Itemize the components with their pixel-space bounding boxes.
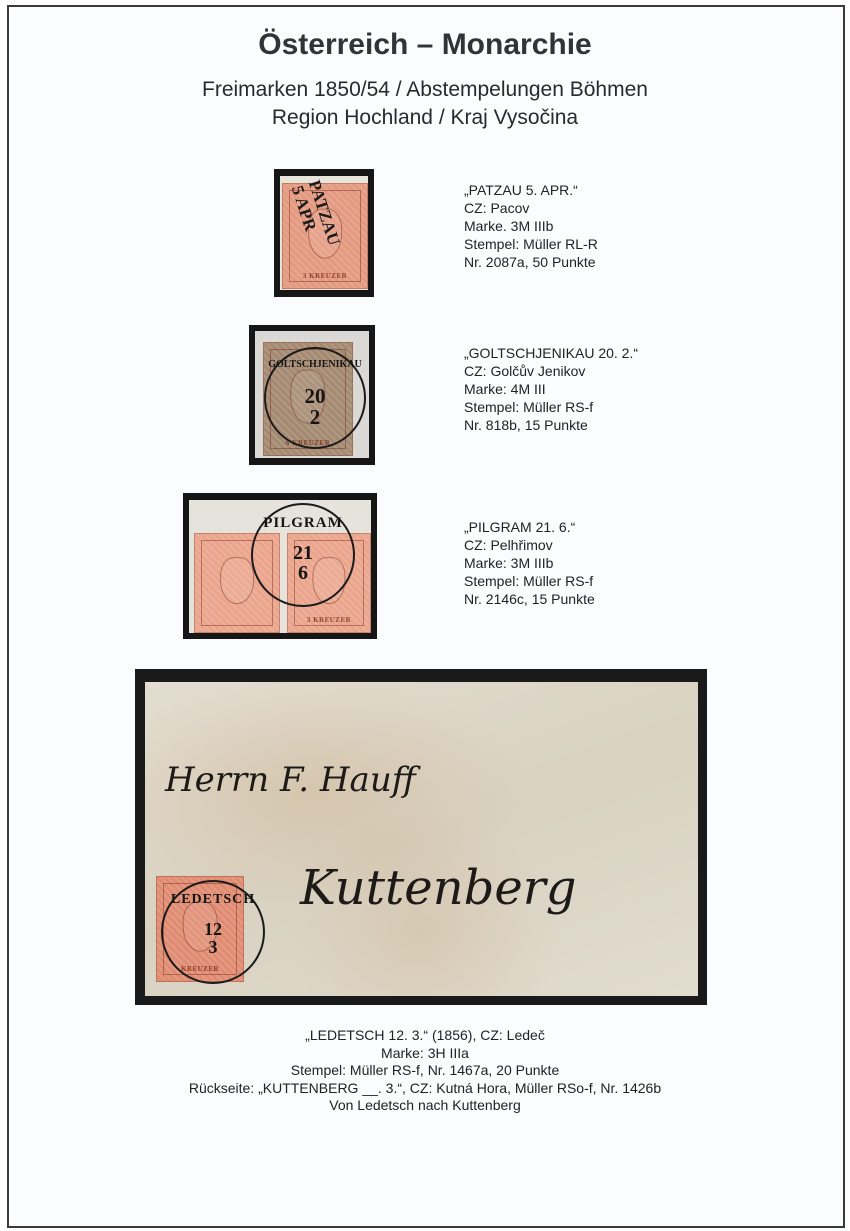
- desc-cz-name: CZ: Pacov: [464, 199, 598, 217]
- caption-postmark: „LEDETSCH 12. 3.“ (1856), CZ: Ledeč: [0, 1027, 850, 1045]
- stamp-description: „PATZAU 5. APR.“ CZ: Pacov Marke. 3M III…: [464, 181, 598, 271]
- postmark-date: 12 3: [163, 920, 263, 956]
- desc-postmark: „GOLTSCHJENIKAU 20. 2.“: [464, 344, 638, 362]
- page-subtitle-line1: Freimarken 1850/54 / Abstempelungen Böhm…: [0, 78, 850, 102]
- desc-stempel: Stempel: Müller RS-f: [464, 398, 638, 416]
- desc-nr-points: Nr. 2087a, 50 Punkte: [464, 253, 598, 271]
- caption-stempel: Stempel: Müller RS-f, Nr. 1467a, 20 Punk…: [0, 1062, 850, 1080]
- stamp-description: „PILGRAM 21. 6.“ CZ: Pelhřimov Marke: 3M…: [464, 518, 595, 608]
- caption-route: Von Ledetsch nach Kuttenberg: [0, 1097, 850, 1115]
- desc-nr-points: Nr. 2146c, 15 Punkte: [464, 590, 595, 608]
- desc-stempel: Stempel: Müller RS-f: [464, 572, 595, 590]
- postmark-date: 21 6: [253, 543, 353, 583]
- desc-cz-name: CZ: Golčův Jenikov: [464, 362, 638, 380]
- circular-postmark: LEDETSCH 12 3: [161, 880, 265, 984]
- desc-stempel: Stempel: Müller RL-R: [464, 235, 598, 253]
- stamp-description: „GOLTSCHJENIKAU 20. 2.“ CZ: Golčův Jenik…: [464, 344, 638, 434]
- desc-cz-name: CZ: Pelhřimov: [464, 536, 595, 554]
- caption-marke: Marke: 3H IIIa: [0, 1045, 850, 1063]
- desc-marke: Marke: 3M IIIb: [464, 554, 595, 572]
- stamp-denomination: 3 KREUZER: [283, 272, 367, 280]
- desc-nr-points: Nr. 818b, 15 Punkte: [464, 416, 638, 434]
- page-subtitle-line2: Region Hochland / Kraj Vysočina: [0, 106, 850, 130]
- cover-address-line1: Herrn F. Hauff: [165, 760, 416, 800]
- desc-marke: Marke. 3M IIIb: [464, 217, 598, 235]
- circular-postmark: GOLTSCHJENIKAU 20 2: [264, 347, 366, 449]
- cover-address-line2: Kuttenberg: [300, 860, 576, 916]
- desc-marke: Marke: 4M III: [464, 380, 638, 398]
- desc-postmark: „PATZAU 5. APR.“: [464, 181, 598, 199]
- caption-reverse: Rückseite: „KUTTENBERG __. 3.“, CZ: Kutn…: [0, 1080, 850, 1098]
- postmark-town: GOLTSCHJENIKAU: [266, 359, 364, 370]
- circular-postmark: PILGRAM 21 6: [251, 503, 355, 607]
- stamp-denomination: 3 KREUZER: [288, 616, 370, 624]
- desc-postmark: „PILGRAM 21. 6.“: [464, 518, 595, 536]
- page-title: Österreich – Monarchie: [0, 28, 850, 62]
- coat-of-arms-icon: [220, 557, 254, 604]
- cover-caption: „LEDETSCH 12. 3.“ (1856), CZ: Ledeč Mark…: [0, 1027, 850, 1115]
- postmark-town: PILGRAM: [253, 515, 353, 532]
- postmark-date: 20 2: [266, 386, 364, 428]
- postmark-town: LEDETSCH: [163, 892, 263, 908]
